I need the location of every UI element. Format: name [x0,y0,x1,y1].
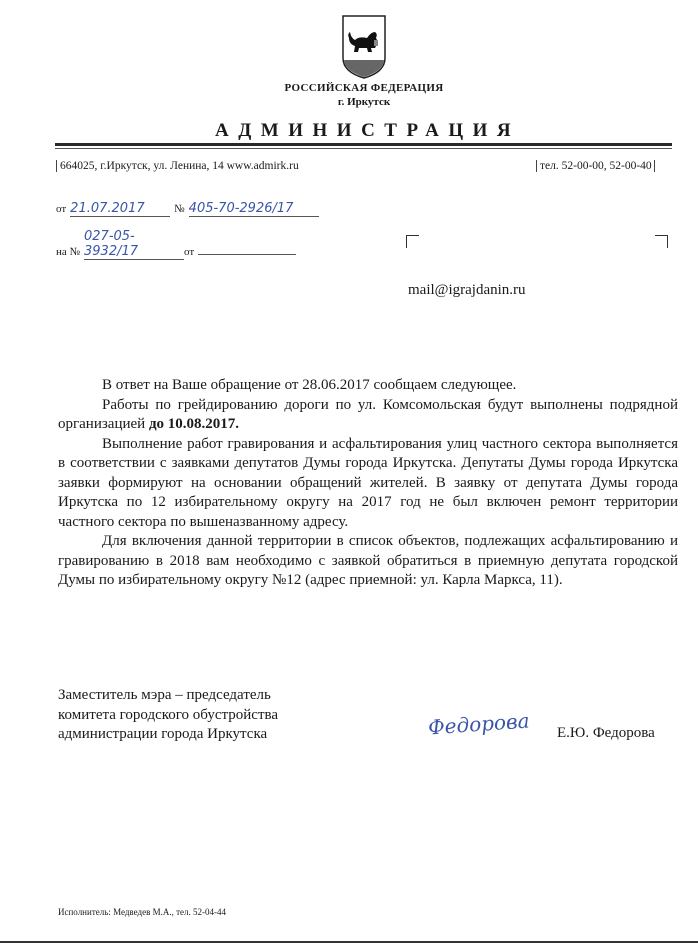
coat-of-arms-icon [341,14,387,80]
from-label: от [56,203,66,215]
signatory-title-line-1: Заместитель мэра – председатель [58,686,278,706]
handwritten-signature: Федорова [427,708,530,739]
reply-number-label: на № [56,246,80,258]
outgoing-date-field: 21.07.2017 [70,201,170,217]
recipient-email: mail@igrajdanin.ru [408,282,526,299]
letter-body: В ответ на Ваше обращение от 28.06.2017 … [58,376,678,591]
paragraph-1: В ответ на Ваше обращение от 28.06.2017 … [58,376,678,396]
header-rule-thin [55,148,672,149]
address-corner-left [406,235,419,248]
federation-label: РОССИЙСКАЯ ФЕДЕРАЦИЯ [0,82,698,94]
outgoing-number-field: 405-70-2926/17 [189,201,319,217]
header-rule-thick [55,143,672,146]
signatory-title: Заместитель мэра – председатель комитета… [58,686,278,745]
document-title: АДМИНИСТРАЦИЯ [215,120,520,142]
paragraph-4: Для включения данной территории в список… [58,532,678,591]
signatory-title-line-3: администрации города Иркутска [58,725,278,745]
deadline-date: до 10.08.2017. [149,416,239,432]
paragraph-3: Выполнение работ гравирования и асфальти… [58,435,678,533]
paragraph-2: Работы по грейдированию дороги по ул. Ко… [58,396,678,435]
page-bottom-edge [0,941,698,943]
registration-row: от 21.07.2017 № 405-70-2926/17 [56,199,319,217]
phone-line: тел. 52-00-00, 52-00-40 [536,160,655,172]
number-label: № [174,203,185,215]
address-line: 664025, г.Иркутск, ул. Ленина, 14 www.ad… [56,160,299,172]
reply-date-field [198,242,296,255]
reply-from-label: от [184,246,194,258]
reply-number-field: 027-05-3932/17 [84,229,184,260]
signatory-title-line-2: комитета городского обустройства [58,706,278,726]
executor-note: Исполнитель: Медведев М.А., тел. 52-04-4… [58,907,226,917]
reply-row: на № 027-05-3932/17от [56,229,296,260]
address-corner-right [655,235,668,248]
signatory-name: Е.Ю. Федорова [557,725,655,742]
city-label: г. Иркутск [0,96,698,108]
